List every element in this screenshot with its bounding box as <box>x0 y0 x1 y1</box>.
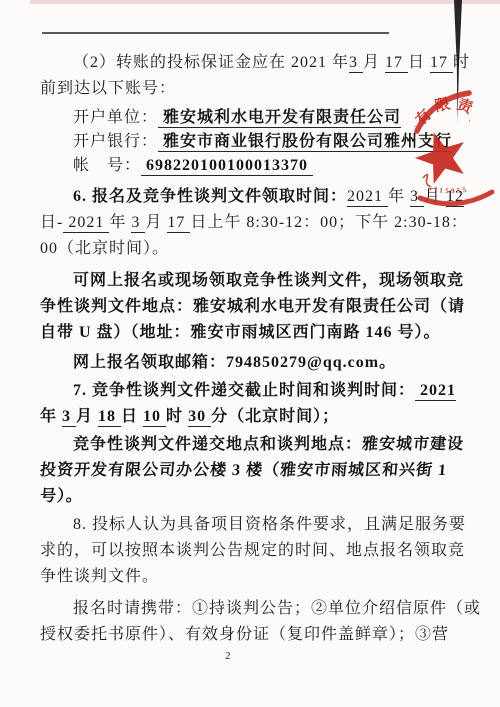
seal-serial-number: 5115955 <box>427 184 469 195</box>
text-segment: 投资开发有限公司办公楼 3 楼（雅安市雨城区和兴街 1 <box>39 458 448 484</box>
text-segment: 可网上报名或现场领取竞争性谈判文件，现场领取竞 <box>73 272 464 289</box>
text-segment: 2021 <box>63 214 109 233</box>
text-segment: 前到达以下账号： <box>40 80 176 97</box>
text-segment: 年 <box>40 408 62 425</box>
header-rule <box>42 32 389 34</box>
paragraph: 竞争性谈判文件递交地点和谈判地点：雅安城市建设投资开发有限公司办公楼 3 楼（雅… <box>40 432 495 510</box>
text-segment: 7. 竞争性谈判文件递交截止时间和谈判时间： <box>73 382 415 399</box>
text-line: 网上报名领取邮箱：794850279@qq.com。 <box>40 350 495 376</box>
seal-fragment <box>423 175 430 187</box>
text-segment: 雅安城利水电开发有限责任公司 <box>158 109 401 128</box>
text-segment: 17 <box>430 54 453 73</box>
paragraph: 可网上报名或现场领取竞争性谈判文件，现场领取竞争性谈判文件地点：雅安城利水电开发… <box>40 268 495 346</box>
text-line: 可网上报名或现场领取竞争性谈判文件，现场领取竞 <box>40 268 495 294</box>
text-segment: 3 <box>62 408 76 427</box>
text-segment: 年 <box>109 214 131 231</box>
text-segment: 竞争性谈判文件递交地点和谈判地点： <box>73 436 362 453</box>
seal-tick-right: 、 <box>466 116 478 128</box>
text-segment: 17 <box>385 54 408 73</box>
text-segment: 号）。 <box>39 484 84 510</box>
paragraph: 报名时请携带：①持谈判公告；②单位介绍信原件（或授权委托书原件）、有效身份证（复… <box>40 596 495 648</box>
text-segment: 自带 U 盘）（地址：雅安市雨城区西门南路 146 号）。 <box>40 324 441 341</box>
text-line: 自带 U 盘）（地址：雅安市雨城区西门南路 146 号）。 <box>40 320 495 346</box>
text-segment: 雅安市商业银行股份有限公司雅州支行 <box>158 133 452 152</box>
text-segment: 开户银行： <box>73 133 158 150</box>
text-line: 年 3 月 18 日 10 时 30 分（北京时间）； <box>40 404 495 430</box>
text-segment: 3 <box>349 54 363 73</box>
document-page: （2）转账的投标保证金应在 2021 年3 月 17 日 17 时前到达以下账号… <box>0 0 500 707</box>
text-line: 争性谈判文件。 <box>40 564 495 590</box>
text-segment: 授权委托书原件）、有效身份证（复印件盖鲜章）；③营 <box>40 626 449 643</box>
text-segment: 00（北京时间）。 <box>40 240 169 257</box>
text-segment: 年 <box>388 188 410 205</box>
text-line: 争性谈判文件地点：雅安城利水电开发有限责任公司（请 <box>40 294 495 320</box>
text-line: （2）转账的投标保证金应在 2021 年3 月 17 日 17 时 <box>40 50 495 76</box>
text-segment: 698220100100013370 <box>141 157 313 176</box>
text-line: 号）。 <box>40 484 495 510</box>
text-segment: 时 <box>166 408 188 425</box>
text-segment: 月 <box>76 408 98 425</box>
text-segment: 报名时请携带：①持谈判公告；②单位介绍信原件（或 <box>73 600 481 617</box>
text-segment: 3 <box>131 214 145 233</box>
text-segment: 帐 号： <box>73 157 141 174</box>
text-segment: 30 <box>188 408 211 427</box>
text-segment: 日- <box>40 214 63 231</box>
text-segment: 日 <box>408 54 430 71</box>
text-line: 7. 竞争性谈判文件递交截止时间和谈判时间： 2021 <box>40 378 495 404</box>
text-segment: 10 <box>143 408 166 427</box>
text-segment: 网上报名领取邮箱：794850279@qq.com。 <box>73 354 396 371</box>
text-segment: 争性谈判文件地点：雅安城利水电开发有限责任公司（请 <box>40 298 465 315</box>
company-seal: 有限责 、 、 5115955 <box>412 86 500 218</box>
seal-star-icon <box>415 132 464 183</box>
text-segment: 求的，可以按照本谈判公告规定的时间、地点报名领取竞 <box>40 542 465 559</box>
text-segment: （2）转账的投标保证金应在 2021 年 <box>73 54 349 71</box>
text-segment: 日 <box>121 408 143 425</box>
paragraph: 8. 投标人认为具备项目资格条件要求，且满足服务要求的，可以按照本谈判公告规定的… <box>40 512 495 590</box>
text-segment: 17 <box>167 214 190 233</box>
text-segment: 6. 报名及竞争性谈判文件领取时间： <box>73 188 347 205</box>
text-segment: 开户单位： <box>73 109 158 126</box>
text-line: 投资开发有限公司办公楼 3 楼（雅安市雨城区和兴街 1 <box>40 458 495 484</box>
paragraph: 7. 竞争性谈判文件递交截止时间和谈判时间： 2021年 3 月 18 日 10… <box>40 378 495 430</box>
paragraph: 网上报名领取邮箱：794850279@qq.com。 <box>40 350 495 376</box>
page-number: 2 <box>225 650 231 662</box>
text-segment: 2021 <box>415 382 456 401</box>
text-line: 00（北京时间）。 <box>40 236 495 262</box>
text-segment: 月 <box>145 214 167 231</box>
text-segment: 争性谈判文件。 <box>40 568 159 585</box>
text-segment: 2021 <box>347 188 388 207</box>
text-segment: 时 <box>453 54 470 71</box>
text-line: 8. 投标人认为具备项目资格条件要求，且满足服务要 <box>40 512 495 538</box>
text-segment: 月 <box>363 54 385 71</box>
text-line: 竞争性谈判文件递交地点和谈判地点：雅安城市建设 <box>40 432 495 458</box>
text-segment: 分（北京时间）； <box>211 408 339 425</box>
text-segment: 雅安城市建设 <box>361 432 465 458</box>
text-line: 求的，可以按照本谈判公告规定的时间、地点报名领取竞 <box>40 538 495 564</box>
scan-artifact-band <box>30 0 500 4</box>
text-line: 授权委托书原件）、有效身份证（复印件盖鲜章）；③营 <box>40 622 495 648</box>
text-line: 报名时请携带：①持谈判公告；②单位介绍信原件（或 <box>40 596 495 622</box>
text-segment: 8. 投标人认为具备项目资格条件要求，且满足服务要 <box>73 516 466 533</box>
text-segment: 18 <box>98 408 121 427</box>
